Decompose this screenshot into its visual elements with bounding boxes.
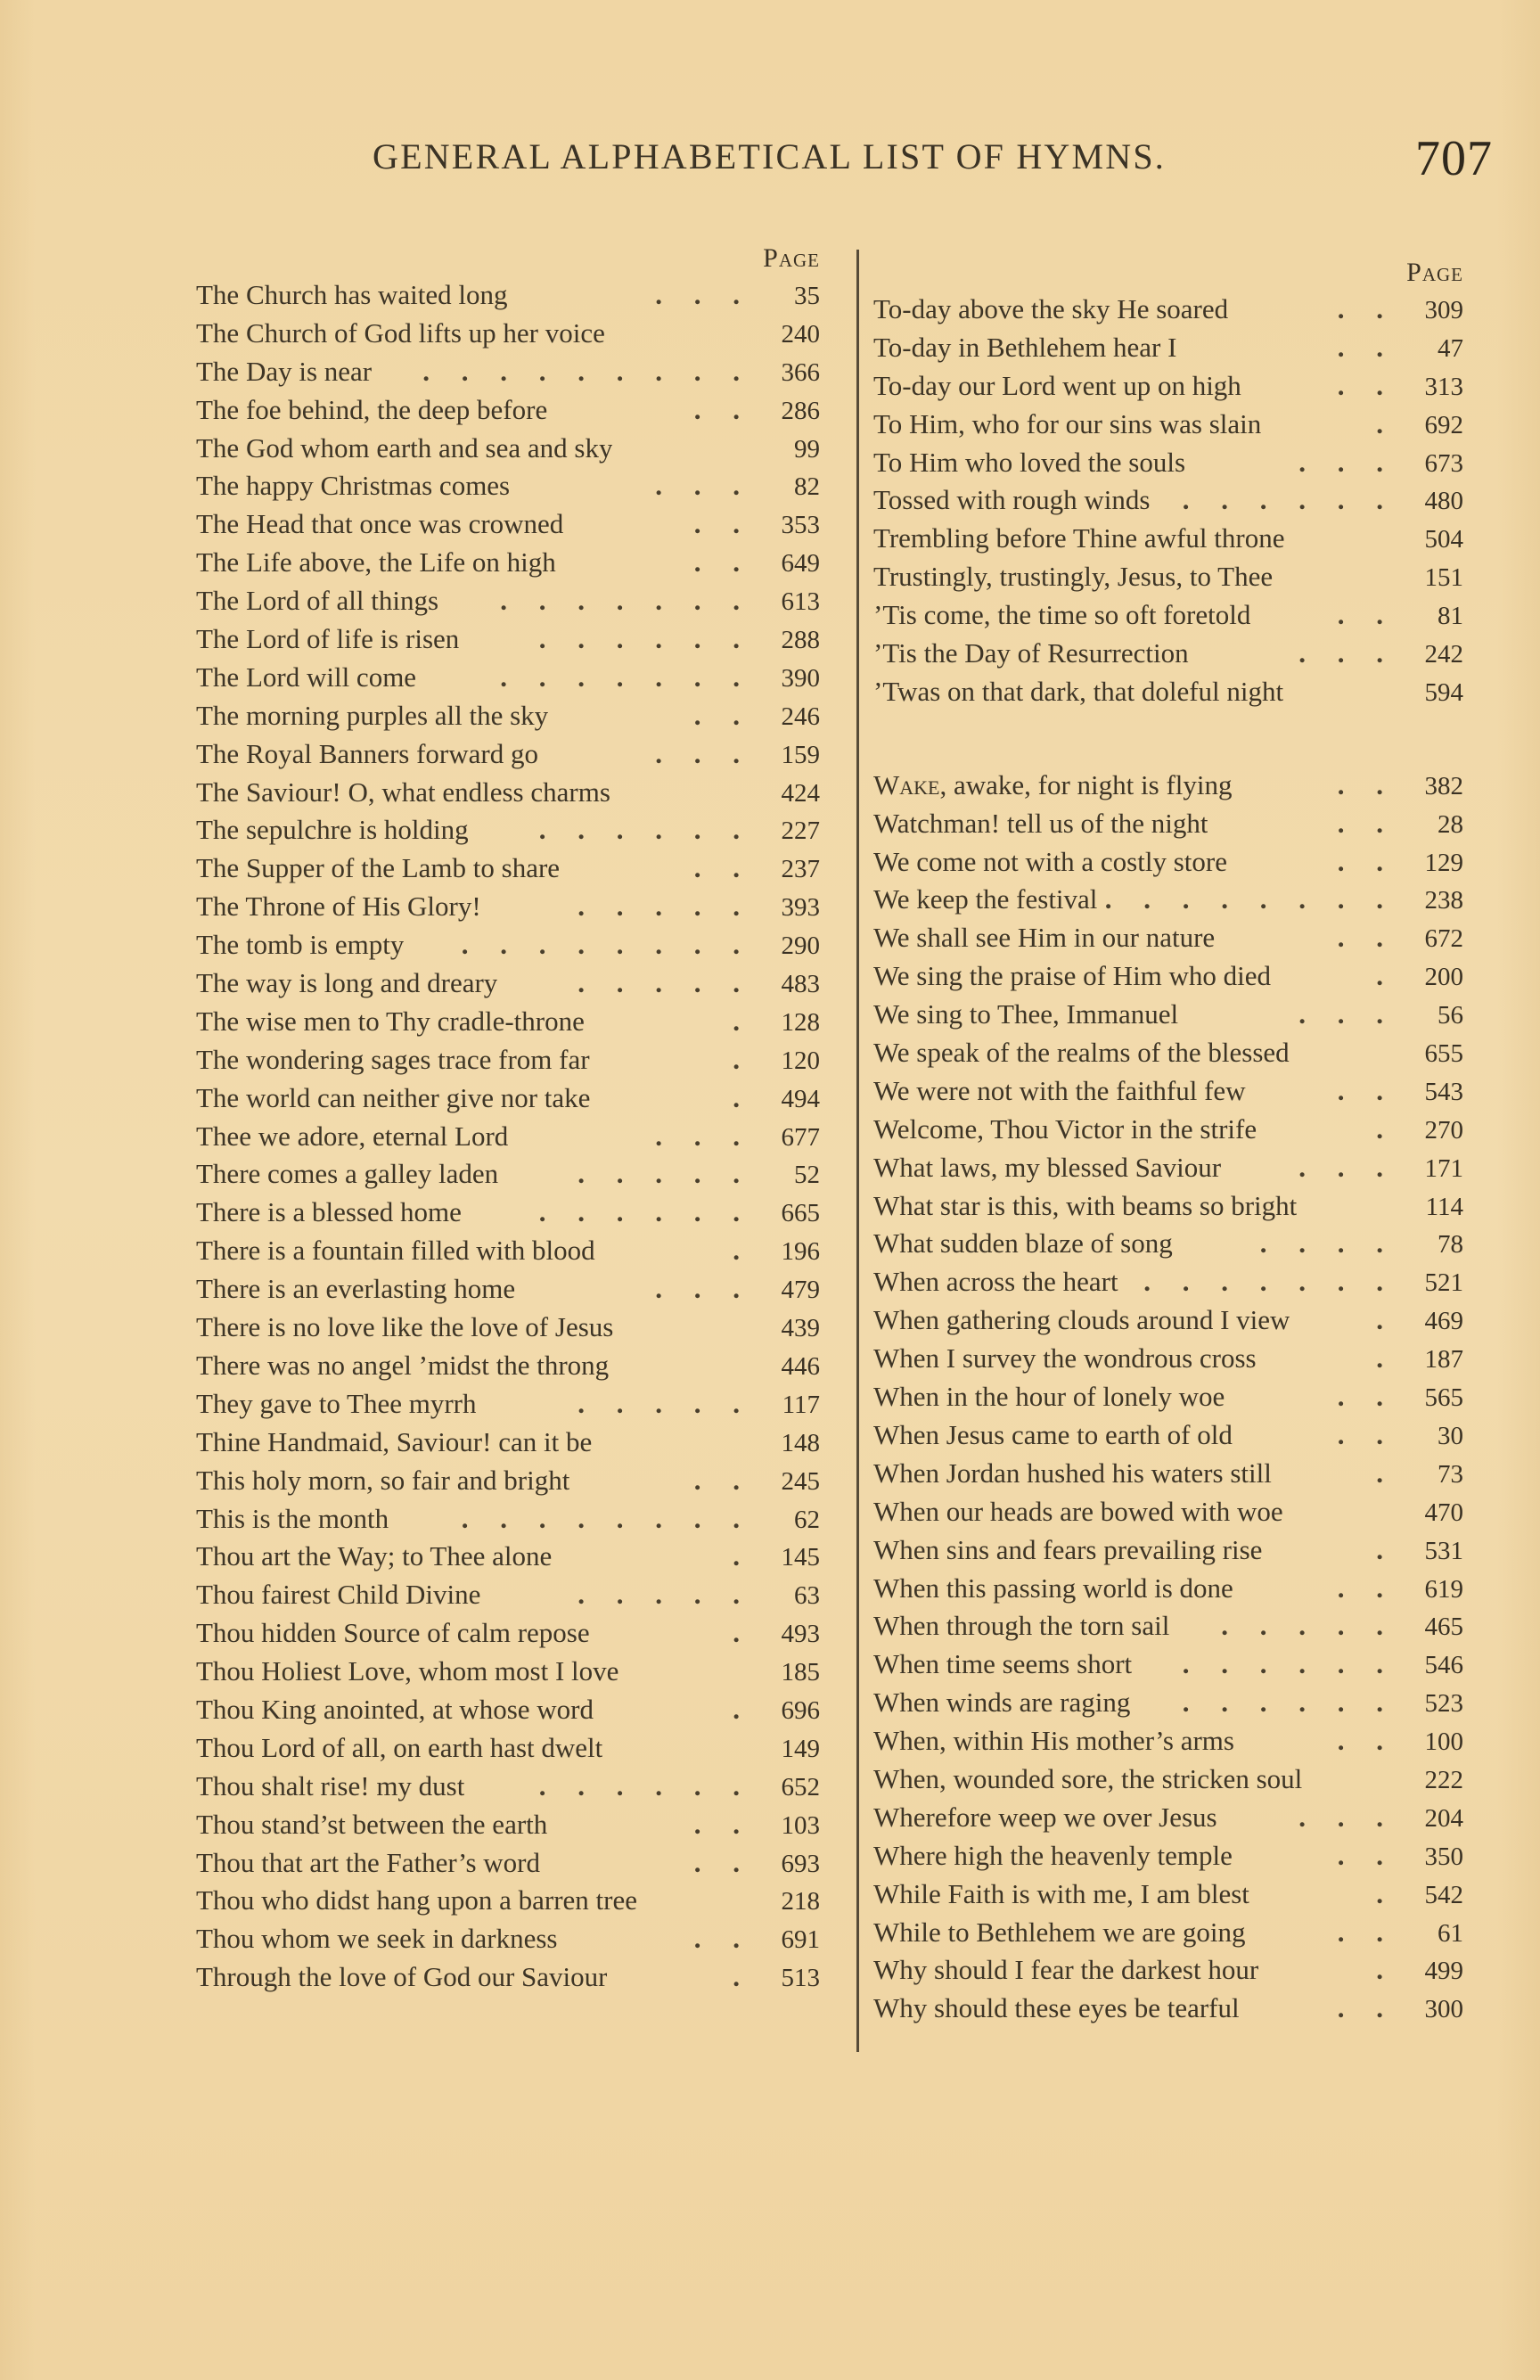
hymn-page-number: 483 [765, 965, 820, 1004]
hymn-page-number: 446 [765, 1348, 820, 1386]
hymn-page-number: 200 [1408, 958, 1463, 997]
hymn-page-number: 114 [1408, 1188, 1463, 1227]
hymn-entry: We come not with a costly store. .129 [873, 843, 1463, 882]
hymn-page-number: 691 [765, 1921, 820, 1959]
hymn-page-number: 652 [765, 1769, 820, 1807]
hymn-page-number: 393 [765, 889, 820, 927]
hymn-page-number: 151 [1408, 559, 1463, 597]
hymn-title: The tomb is empty [196, 926, 404, 964]
dot-leader: . . . . . [480, 1576, 765, 1614]
hymn-list-right-t: To-day above the sky He soared. .309To-d… [873, 291, 1463, 711]
hymn-entry: There is an everlasting home. . .479 [196, 1270, 820, 1309]
hymn-entry: To-day above the sky He soared. .309 [873, 291, 1463, 329]
hymn-title: Thine Handmaid, Saviour! can it be [196, 1424, 592, 1462]
dot-leader: . . [1228, 291, 1408, 329]
hymn-entry: When time seems short. . . . . .546 [873, 1645, 1463, 1684]
hymn-page-number: 465 [1408, 1608, 1463, 1646]
hymn-page-number: 499 [1408, 1952, 1463, 1990]
hymn-entry: The Lord will come. . . . . . .390 [196, 659, 820, 697]
hymn-page-number: 613 [765, 583, 820, 621]
hymn-page-number: 270 [1408, 1112, 1463, 1150]
hymn-page-number: 382 [1408, 767, 1463, 806]
hymn-entry: Thou who didst hang upon a barren tree21… [196, 1882, 820, 1920]
dot-leader: . . [1250, 596, 1408, 635]
hymn-page-number: 353 [765, 506, 820, 545]
hymn-title: The wondering sages trace from far [196, 1041, 590, 1079]
hymn-title: We sing to Thee, Immanuel [873, 996, 1178, 1034]
hymn-page-number: 531 [1408, 1532, 1463, 1571]
hymn-entry: This is the month. . . . . . . .62 [196, 1500, 820, 1539]
hymn-page-number: 78 [1408, 1226, 1463, 1264]
hymn-page-number: 196 [765, 1233, 820, 1271]
hymn-title: The God whom earth and sea and sky [196, 430, 612, 468]
hymn-title: Thou that art the Father’s word [196, 1844, 540, 1883]
hymn-page-number: 227 [765, 812, 820, 850]
dot-leader: . [1271, 957, 1408, 996]
hymn-page-number: 309 [1408, 291, 1463, 330]
hymn-title: Trembling before Thine awful throne [873, 520, 1284, 558]
hymn-entry: To-day in Bethlehem hear I. .47 [873, 329, 1463, 367]
hymn-page-number: 159 [765, 736, 820, 775]
hymn-entry: Thou whom we seek in darkness. .691 [196, 1920, 820, 1958]
hymn-page-number: 81 [1408, 597, 1463, 636]
hymn-title: The world can neither give nor take [196, 1079, 590, 1118]
hymn-entry: The happy Christmas comes. . .82 [196, 467, 820, 505]
hymn-entry: To-day our Lord went up on high. .313 [873, 367, 1463, 406]
hymn-page-number: 692 [1408, 406, 1463, 445]
hymn-entry: Wherefore weep we over Jesus. . .204 [873, 1799, 1463, 1837]
hymn-title: Thou Holiest Love, whom most I love [196, 1653, 618, 1691]
hymn-entry: When across the heart. . . . . . .521 [873, 1263, 1463, 1301]
hymn-title: This holy morn, so fair and bright [196, 1462, 569, 1500]
hymn-page-number: 73 [1408, 1456, 1463, 1494]
hymn-entry: The Day is near. . . . . . . . .366 [196, 353, 820, 391]
dot-leader: . . [1241, 367, 1408, 406]
hymn-entry: Tossed with rough winds. . . . . .480 [873, 481, 1463, 520]
hymn-page-number: 543 [1408, 1073, 1463, 1112]
hymn-title: Thou hidden Source of calm repose [196, 1614, 590, 1653]
hymn-entry: Wake, awake, for night is flying. .382 [873, 767, 1463, 805]
page-number: 707 [1415, 130, 1493, 187]
hymn-title: The Throne of His Glory! [196, 888, 481, 926]
hymn-entry: The Lord of all things. . . . . . .613 [196, 582, 820, 620]
hymn-page-number: 246 [765, 698, 820, 736]
hymn-title: ’Tis the Day of Resurrection [873, 635, 1189, 673]
hymn-entry: What sudden blaze of song. . . .78 [873, 1225, 1463, 1263]
hymn-entry: Thou Holiest Love, whom most I love185 [196, 1653, 820, 1691]
dot-leader: . . [1246, 1914, 1408, 1952]
hymn-title: This is the month [196, 1500, 389, 1539]
page-title: GENERAL ALPHABETICAL LIST OF HYMNS. [373, 135, 1166, 177]
hymn-page-number: 222 [1408, 1761, 1463, 1800]
dot-leader: . . [1225, 1378, 1408, 1416]
hymn-entry: We shall see Him in our nature. .672 [873, 919, 1463, 957]
dot-leader: . [595, 1232, 765, 1270]
hymn-entry: When our heads are bowed with woe470 [873, 1493, 1463, 1531]
hymn-page-number: 350 [1408, 1838, 1463, 1876]
hymn-title: When in the hour of lonely woe [873, 1378, 1225, 1416]
hymn-title: Thou King anointed, at whose word [196, 1691, 594, 1729]
dot-leader: . . [1233, 1416, 1408, 1455]
dot-leader: . . [1233, 1570, 1408, 1608]
hymn-title: What laws, my blessed Saviour [873, 1149, 1221, 1187]
hymn-title: When Jordan hushed his waters still [873, 1455, 1272, 1493]
dot-leader: . [1257, 1340, 1408, 1378]
hymn-entry: To Him who loved the souls. . .673 [873, 444, 1463, 482]
hymn-page-number: 171 [1408, 1150, 1463, 1188]
hymn-entry: When Jordan hushed his waters still.73 [873, 1455, 1463, 1493]
hymn-page-number: 35 [765, 277, 820, 316]
dot-leader: . . [1234, 1722, 1408, 1760]
hymn-title: Why should these eyes be tearful [873, 1990, 1240, 2028]
left-column: Page The Church has waited long. . .35Th… [196, 241, 820, 1997]
dot-leader: . [594, 1691, 765, 1729]
dot-leader: . . . . . . . . [1097, 881, 1408, 919]
hymn-page-number: 677 [765, 1119, 820, 1157]
hymn-page-number: 494 [765, 1080, 820, 1119]
hymn-title: There is no love like the love of Jesus [196, 1309, 613, 1347]
hymn-title: When, within His mother’s arms [873, 1722, 1234, 1760]
hymn-page-number: 187 [1408, 1341, 1463, 1379]
hymn-entry: The sepulchre is holding. . . . . .227 [196, 811, 820, 849]
dot-leader: . . . . . [1169, 1607, 1408, 1645]
hymn-title: Wherefore weep we over Jesus [873, 1799, 1217, 1837]
dot-leader: . [552, 1538, 765, 1576]
hymn-title: Where high the heavenly temple [873, 1837, 1233, 1875]
hymn-title-initial: W [873, 769, 899, 800]
hymn-page-number: 504 [1408, 521, 1463, 559]
hymn-entry: Thou that art the Father’s word. .693 [196, 1844, 820, 1883]
hymn-page-number: 546 [1408, 1646, 1463, 1685]
hymn-page-number: 523 [1408, 1685, 1463, 1723]
hymn-page-number: 238 [1408, 882, 1463, 920]
dot-leader: . . . . . [497, 964, 765, 1003]
hymn-entry: We speak of the realms of the blessed655 [873, 1034, 1463, 1072]
hymn-entry: The tomb is empty. . . . . . . .290 [196, 926, 820, 964]
hymn-title: The foe behind, the deep before [196, 391, 547, 430]
hymn-title: To Him, who for our sins was slain [873, 406, 1261, 444]
hymn-title: The Church of God lifts up her voice [196, 315, 605, 353]
hymn-title: When, wounded sore, the stricken soul [873, 1760, 1302, 1799]
hymn-entry: When I survey the wondrous cross.187 [873, 1340, 1463, 1378]
hymn-page-number: 82 [765, 468, 820, 506]
hymn-title: We shall see Him in our nature [873, 919, 1215, 957]
hymn-entry: Thou fairest Child Divine. . . . .63 [196, 1576, 820, 1614]
hymn-title-smallcaps: ake [899, 769, 939, 800]
page-column-label: Page [196, 241, 820, 276]
hymn-page-number: 480 [1408, 482, 1463, 521]
hymn-page-number: 390 [765, 660, 820, 698]
dot-leader: . . . [508, 1118, 765, 1156]
hymn-page-number: 693 [765, 1845, 820, 1883]
hymn-title: Thou art the Way; to Thee alone [196, 1538, 552, 1576]
dot-leader: . . . . . . [1150, 481, 1408, 520]
hymn-entry: Watchman! tell us of the night. .28 [873, 805, 1463, 843]
hymn-title: Watchman! tell us of the night [873, 805, 1208, 843]
hymn-entry: The Throne of His Glory!. . . . .393 [196, 888, 820, 926]
hymn-entry: They gave to Thee myrrh. . . . .117 [196, 1385, 820, 1424]
dot-leader: . [590, 1614, 765, 1653]
hymn-entry: Thou shalt rise! my dust. . . . . .652 [196, 1768, 820, 1806]
hymn-entry: Thou King anointed, at whose word.696 [196, 1691, 820, 1729]
hymn-page-number: 129 [1408, 844, 1463, 882]
dot-leader: . [1262, 1531, 1408, 1570]
dot-leader: . . [548, 697, 765, 735]
hymn-page-number: 30 [1408, 1417, 1463, 1456]
hymn-title: Welcome, Thou Victor in the strife [873, 1111, 1257, 1149]
hymn-title: We keep the festival [873, 881, 1097, 919]
page-column-label: Page [873, 255, 1463, 291]
dot-leader: . . [569, 1462, 765, 1500]
hymn-title: Why should I fear the darkest hour [873, 1951, 1258, 1990]
hymn-entry: What star is this, with beams so bright1… [873, 1187, 1463, 1226]
hymn-entry: When gathering clouds around I view.469 [873, 1301, 1463, 1340]
hymn-entry: The wise men to Thy cradle-throne.128 [196, 1003, 820, 1041]
dot-leader: . [590, 1041, 765, 1079]
hymn-entry: We sing the praise of Him who died.200 [873, 957, 1463, 996]
hymn-title: The morning purples all the sky [196, 697, 548, 735]
hymn-title-rest: , awake, for night is flying [939, 769, 1232, 800]
column-divider [856, 250, 859, 2052]
hymn-entry: The way is long and dreary. . . . .483 [196, 964, 820, 1003]
hymn-page-number: 565 [1408, 1379, 1463, 1417]
dot-leader: . . [563, 505, 765, 544]
hymn-page-number: 313 [1408, 368, 1463, 406]
dot-leader: . . . . . . [464, 1768, 765, 1806]
dot-leader: . [1261, 406, 1408, 444]
hymn-title: They gave to Thee myrrh [196, 1385, 476, 1424]
hymn-page-number: 619 [1408, 1571, 1463, 1609]
hymn-entry: The Church has waited long. . .35 [196, 276, 820, 315]
hymn-title: The Life above, the Life on high [196, 544, 556, 582]
hymn-page-number: 52 [765, 1156, 820, 1194]
hymn-entry: While to Bethlehem we are going. .61 [873, 1914, 1463, 1952]
hymn-page-number: 649 [765, 545, 820, 583]
dot-leader: . [590, 1079, 765, 1118]
dot-leader: . [1258, 1951, 1408, 1990]
hymn-entry: Where high the heavenly temple. .350 [873, 1837, 1463, 1875]
hymn-page-number: 673 [1408, 445, 1463, 483]
dot-leader: . . . [1178, 996, 1408, 1034]
hymn-page-number: 672 [1408, 920, 1463, 958]
hymn-title: The wise men to Thy cradle-throne [196, 1003, 585, 1041]
hymn-entry: When in the hour of lonely woe. .565 [873, 1378, 1463, 1416]
hymn-page-number: 242 [1408, 636, 1463, 674]
dot-leader: . . [560, 849, 765, 888]
hymn-title: Thou who didst hang upon a barren tree [196, 1882, 637, 1920]
hymn-entry: The foe behind, the deep before. .286 [196, 391, 820, 430]
dot-leader: . . . [508, 276, 765, 315]
dot-leader: . . . [1217, 1799, 1408, 1837]
hymn-entry: Trembling before Thine awful throne504 [873, 520, 1463, 558]
hymn-title: The happy Christmas comes [196, 467, 510, 505]
hymn-title: To-day above the sky He soared [873, 291, 1228, 329]
dot-leader: . . [1215, 919, 1408, 957]
dot-leader: . [1272, 1455, 1408, 1493]
hymn-title: The Church has waited long [196, 276, 508, 315]
hymn-entry: When, within His mother’s arms. .100 [873, 1722, 1463, 1760]
hymn-entry: Thou hidden Source of calm repose.493 [196, 1614, 820, 1653]
hymn-page-number: 145 [765, 1539, 820, 1577]
hymn-title: When Jesus came to earth of old [873, 1416, 1233, 1455]
dot-leader: . . . . . . [1130, 1684, 1408, 1722]
hymn-entry: Trustingly, trustingly, Jesus, to Thee15… [873, 558, 1463, 596]
hymn-entry: Thou stand’st between the earth. .103 [196, 1806, 820, 1844]
hymn-entry: The Lord of life is risen. . . . . .288 [196, 620, 820, 659]
dot-leader: . . . . . . . [1118, 1263, 1408, 1301]
hymn-title: When sins and fears prevailing rise [873, 1531, 1262, 1570]
dot-leader: . . . . . . . [416, 659, 765, 697]
hymn-title: The Royal Banners forward go [196, 735, 538, 774]
hymn-entry: This holy morn, so fair and bright. .245 [196, 1462, 820, 1500]
hymn-entry: Thine Handmaid, Saviour! can it be148 [196, 1424, 820, 1462]
hymn-title: To-day our Lord went up on high [873, 367, 1241, 406]
hymn-page-number: 424 [765, 775, 820, 813]
dot-leader: . . . [1185, 444, 1408, 482]
hymn-entry: To Him, who for our sins was slain.692 [873, 406, 1463, 444]
hymn-page-number: 47 [1408, 330, 1463, 368]
hymn-title: While Faith is with me, I am blest [873, 1875, 1249, 1914]
hymn-entry: The morning purples all the sky. .246 [196, 697, 820, 735]
hymn-title: We sing the praise of Him who died [873, 957, 1271, 996]
hymn-title: Thou fairest Child Divine [196, 1576, 480, 1614]
hymn-title: There is a blessed home [196, 1194, 462, 1232]
hymn-title: Wake, awake, for night is flying [873, 767, 1233, 805]
hymn-entry: The Church of God lifts up her voice240 [196, 315, 820, 353]
hymn-entry: When this passing world is done. .619 [873, 1570, 1463, 1608]
right-column: Page To-day above the sky He soared. .30… [873, 255, 1463, 2028]
dot-leader: . . [1227, 843, 1408, 882]
hymn-entry: When through the torn sail. . . . .465 [873, 1607, 1463, 1645]
hymn-page-number: 245 [765, 1463, 820, 1501]
hymn-entry: When, wounded sore, the stricken soul222 [873, 1760, 1463, 1799]
hymn-page-number: 696 [765, 1692, 820, 1730]
hymn-page-number: 286 [765, 392, 820, 431]
hymn-title: We were not with the faithful few [873, 1072, 1246, 1111]
hymn-title: ’Twas on that dark, that doleful night [873, 673, 1283, 711]
hymn-entry: There is no love like the love of Jesus4… [196, 1309, 820, 1347]
hymn-title: The Day is near [196, 353, 372, 391]
dot-leader: . . [556, 544, 765, 582]
hymn-title: The Head that once was crowned [196, 505, 563, 544]
hymn-page-number: 439 [765, 1309, 820, 1348]
hymn-page-number: 288 [765, 621, 820, 660]
hymn-page-number: 120 [765, 1042, 820, 1080]
dot-leader: . . . [1189, 635, 1408, 673]
hymn-title: Tossed with rough winds [873, 481, 1150, 520]
hymn-page-number: 655 [1408, 1035, 1463, 1073]
dot-leader: . [1290, 1301, 1408, 1340]
hymn-title: The Lord of life is risen [196, 620, 459, 659]
dot-leader: . . . . . [498, 1155, 765, 1194]
dot-leader: . . [1233, 767, 1409, 805]
hymn-title: There is an everlasting home [196, 1270, 515, 1309]
hymn-title: When across the heart [873, 1263, 1118, 1301]
hymn-entry: While Faith is with me, I am blest.542 [873, 1875, 1463, 1914]
hymn-entry: The Supper of the Lamb to share. .237 [196, 849, 820, 888]
hymn-list-right-w: Wake, awake, for night is flying. .382Wa… [873, 767, 1463, 2028]
hymn-entry: Why should these eyes be tearful. .300 [873, 1990, 1463, 2028]
hymn-page-number: 665 [765, 1194, 820, 1233]
hymn-page-number: 204 [1408, 1800, 1463, 1838]
hymn-title: When time seems short [873, 1645, 1132, 1684]
hymn-entry: ’Tis the Day of Resurrection. . .242 [873, 635, 1463, 673]
hymn-page-number: 185 [765, 1654, 820, 1692]
hymn-page-number: 513 [765, 1959, 820, 1998]
dot-leader: . . . . . [476, 1385, 765, 1424]
hymn-entry: The Life above, the Life on high. .649 [196, 544, 820, 582]
dot-leader: . . . [538, 735, 765, 774]
dot-leader: . . . . [1173, 1225, 1408, 1263]
hymn-page-number: 63 [765, 1577, 820, 1615]
hymn-page-number: 366 [765, 354, 820, 392]
hymn-entry: Why should I fear the darkest hour.499 [873, 1951, 1463, 1990]
dot-leader: . . . . . . [469, 811, 765, 849]
hymn-title: Through the love of God our Saviour [196, 1958, 607, 1997]
hymn-page-number: 117 [765, 1386, 820, 1424]
dot-leader: . . [540, 1844, 765, 1883]
hymn-entry: ’Tis come, the time so oft foretold. .81 [873, 596, 1463, 635]
dot-leader: . . . [510, 467, 765, 505]
hymn-entry: There is a fountain filled with blood.19… [196, 1232, 820, 1270]
dot-leader: . . . [515, 1270, 765, 1309]
hymn-title: The Lord will come [196, 659, 416, 697]
hymn-title: The sepulchre is holding [196, 811, 469, 849]
hymn-title: The way is long and dreary [196, 964, 497, 1003]
hymn-title: We come not with a costly store [873, 843, 1227, 882]
hymn-page-number: 100 [1408, 1723, 1463, 1761]
dot-leader: . . [1176, 329, 1408, 367]
hymn-page-number: 149 [765, 1730, 820, 1769]
hymn-title: There was no angel ’midst the throng [196, 1347, 609, 1385]
hymn-title: There is a fountain filled with blood [196, 1232, 595, 1270]
hymn-page-number: 493 [765, 1615, 820, 1654]
dot-leader: . . . . . . [462, 1194, 765, 1232]
hymn-entry: The God whom earth and sea and sky99 [196, 430, 820, 468]
dot-leader: . . [547, 391, 765, 430]
dot-leader: . . . [1221, 1149, 1408, 1187]
hymn-entry: There was no angel ’midst the throng446 [196, 1347, 820, 1385]
hymn-entry: The Head that once was crowned. .353 [196, 505, 820, 544]
hymn-page-number: 218 [765, 1883, 820, 1921]
hymn-title: Thou shalt rise! my dust [196, 1768, 464, 1806]
hymn-title: When I survey the wondrous cross [873, 1340, 1257, 1378]
hymn-entry: We sing to Thee, Immanuel. . .56 [873, 996, 1463, 1034]
hymn-title: The Lord of all things [196, 582, 438, 620]
dot-leader: . . . . . . . . [404, 926, 765, 964]
dot-leader: . . [1246, 1072, 1408, 1111]
hymn-page-number: 479 [765, 1271, 820, 1309]
dot-leader: . . . . . . [459, 620, 765, 659]
dot-leader: . . . . . [481, 888, 765, 926]
hymn-page-number: 290 [765, 927, 820, 965]
dot-leader: . . . . . . [1132, 1645, 1408, 1684]
hymn-title: When winds are raging [873, 1684, 1130, 1722]
hymn-entry: Thou art the Way; to Thee alone.145 [196, 1538, 820, 1576]
hymn-title: We speak of the realms of the blessed [873, 1034, 1290, 1072]
hymn-list-left: The Church has waited long. . .35The Chu… [196, 276, 820, 1997]
hymn-title: Trustingly, trustingly, Jesus, to Thee [873, 558, 1273, 596]
hymn-page-number: 469 [1408, 1302, 1463, 1341]
hymn-entry: When winds are raging. . . . . .523 [873, 1684, 1463, 1722]
hymn-entry: The world can neither give nor take.494 [196, 1079, 820, 1118]
hymn-entry: ’Twas on that dark, that doleful night59… [873, 673, 1463, 711]
hymn-entry: We keep the festival. . . . . . . .238 [873, 881, 1463, 919]
hymn-title: Thou Lord of all, on earth hast dwelt [196, 1729, 602, 1768]
hymn-title: While to Bethlehem we are going [873, 1914, 1246, 1952]
hymn-entry: There comes a galley laden. . . . .52 [196, 1155, 820, 1194]
hymn-entry: What laws, my blessed Saviour. . .171 [873, 1149, 1463, 1187]
